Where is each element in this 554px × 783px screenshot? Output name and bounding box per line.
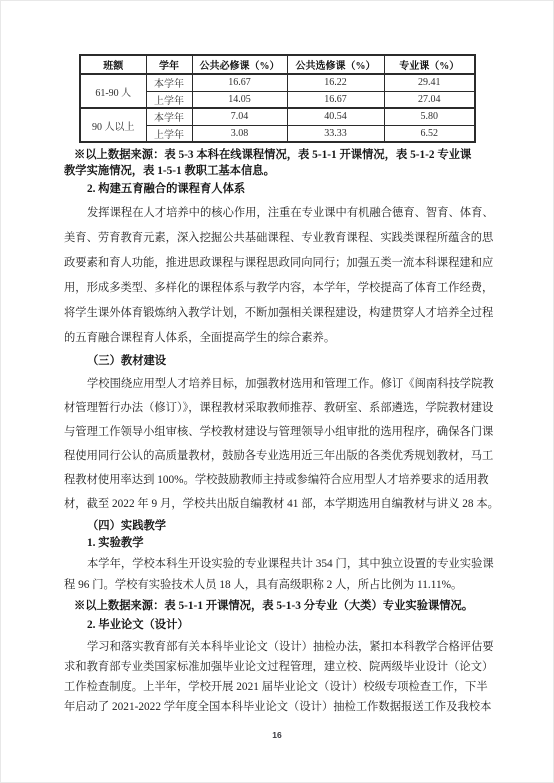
cell-elective: 40.54 [287, 108, 384, 125]
cell-major: 27.04 [384, 91, 475, 108]
text-line: 美育、劳育教育元素，深入挖掘公共基础课程、专业教育课程、实践类课程所蕴含的思 [64, 226, 493, 251]
text-line: 年启动了 2021-2022 学年度全国本科毕业论文（设计）抽检工作数据报送工作… [64, 697, 493, 717]
cell-elective: 16.67 [287, 91, 384, 108]
text-line: 材，截至 2022 年 9 月，学校共出版自编教材 41 部，本学期选用自编教材… [64, 492, 493, 516]
col-header-public-required: 公共必修课（%） [192, 55, 287, 74]
paragraph-thesis: 学习和落实教育部有关本科毕业论文（设计）抽检办法，紧扣本科教学合格评估要 求和教… [64, 637, 493, 717]
text-line: 教学实施情况，表 1-5-1 教职工基本信息。 [64, 164, 493, 180]
table-header-row: 班额 学年 公共必修课（%） 公共选修课（%） 专业课（%） [80, 55, 475, 74]
text-line: 求和教育部专业类国家标准加强毕业论文过程管理，建立校、院两级毕业设计（论文） [64, 657, 493, 677]
cell-term: 本学年 [146, 108, 192, 125]
document-page: 班额 学年 公共必修课（%） 公共选修课（%） 专业课（%） 61-90 人 本… [0, 0, 554, 783]
text-line: ※以上数据来源：表 5-3 本科在线课程情况，表 5-1-1 开课情况，表 5-… [64, 148, 493, 164]
cell-group-90-plus: 90 人以上 [80, 108, 146, 142]
cell-term: 上学年 [146, 125, 192, 142]
col-header-public-elective: 公共选修课（%） [287, 55, 384, 74]
col-header-major-course: 专业课（%） [384, 55, 475, 74]
data-source-note: ※以上数据来源：表 5-3 本科在线课程情况，表 5-1-1 开课情况，表 5-… [64, 148, 493, 179]
text-line: 本学年，学校本科生开设实验的专业课程共计 354 门，其中独立设置的专业实验课 [64, 554, 493, 575]
cell-major: 5.80 [384, 108, 475, 125]
paragraph-experiment-teaching: 本学年，学校本科生开设实验的专业课程共计 354 门，其中独立设置的专业实验课 … [64, 554, 493, 596]
heading-experiment-teaching: 1. 实验教学 [64, 535, 493, 552]
class-size-course-ratio-table: 班额 学年 公共必修课（%） 公共选修课（%） 专业课（%） 61-90 人 本… [79, 54, 476, 143]
cell-required: 3.08 [192, 125, 287, 142]
heading-practical-teaching: （四）实践教学 [64, 518, 493, 535]
cell-required: 7.04 [192, 108, 287, 125]
text-line: 学习和落实教育部有关本科毕业论文（设计）抽检办法，紧扣本科教学合格评估要 [64, 637, 493, 657]
text-line: ※以上数据来源：表 5-1-1 开课情况，表 5-1-3 分专业（大类）专业实验… [64, 598, 493, 614]
text-line: 发挥课程在人才培养中的核心作用，注重在专业课中有机融合德育、智育、体育、 [64, 201, 493, 226]
text-line: 用，形成多类型、多样化的课程体系与教学内容，本学年，学校提高了体育工作经费， [64, 276, 493, 301]
cell-required: 14.05 [192, 91, 287, 108]
text-line: 程教材使用率达到 100%。学校鼓励教师主持或参编符合应用型人才培养要求的适用教 [64, 468, 493, 492]
col-header-class-size: 班额 [80, 55, 146, 74]
text-line: 程 96 门。学校有实验技术人员 18 人，具有高级职称 2 人，所占比例为 1… [64, 575, 493, 596]
text-line: 材管理暂行办法（修订）》，课程教材采取教师推荐、教研室、系部遴选，学院教材建设 [64, 396, 493, 420]
col-header-term: 学年 [146, 55, 192, 74]
cell-group-61-90: 61-90 人 [80, 74, 146, 108]
paragraph-curriculum-system: 发挥课程在人才培养中的核心作用，注重在专业课中有机融合德育、智育、体育、 美育、… [64, 201, 493, 351]
paragraph-textbook-construction: 学校围绕应用型人才培养目标，加强教材选用和管理工作。修订《闽南科技学院教 材管理… [64, 372, 493, 516]
table-row: 61-90 人 本学年 16.67 16.22 29.41 [80, 74, 475, 91]
text-line: 与管理工作领导小组审核、学校教材建设与管理领导小组审批的选用程序，确保各门课 [64, 420, 493, 444]
text-line: 程使用同行公认的高质量教材，鼓励各专业选用近三年出版的各类优秀规划教材，马工 [64, 444, 493, 468]
data-source-note-2: ※以上数据来源：表 5-1-1 开课情况，表 5-1-3 分专业（大类）专业实验… [64, 598, 493, 614]
cell-term: 上学年 [146, 91, 192, 108]
heading-textbook-construction: （三）教材建设 [64, 353, 493, 370]
text-line: 工作检查制度。上半年，学校开展 2021 届毕业论文（设计）校级专项检查工作，下… [64, 677, 493, 697]
cell-term: 本学年 [146, 74, 192, 91]
text-line: 学校围绕应用型人才培养目标，加强教材选用和管理工作。修订《闽南科技学院教 [64, 372, 493, 396]
cell-major: 6.52 [384, 125, 475, 142]
document-body: ※以上数据来源：表 5-3 本科在线课程情况，表 5-1-1 开课情况，表 5-… [64, 148, 493, 717]
cell-elective: 33.33 [287, 125, 384, 142]
text-line: 政要素和育人功能，推进思政课程与课程思政同向同行；加强五类一流本科课程建和应 [64, 251, 493, 276]
cell-required: 16.67 [192, 74, 287, 91]
text-line: 将学生课外体育锻炼纳入教学计划，不断加强相关课程建设，构建贯穿人才培养全过程 [64, 301, 493, 326]
heading-curriculum-system: 2. 构建五育融合的课程育人体系 [64, 181, 493, 198]
table-row: 90 人以上 本学年 7.04 40.54 5.80 [80, 108, 475, 125]
cell-elective: 16.22 [287, 74, 384, 91]
page-number: 16 [1, 730, 553, 740]
cell-major: 29.41 [384, 74, 475, 91]
text-line: 的五育融合课程育人体系，全面提高学生的综合素养。 [64, 326, 493, 351]
heading-thesis: 2. 毕业论文（设计） [64, 617, 493, 634]
